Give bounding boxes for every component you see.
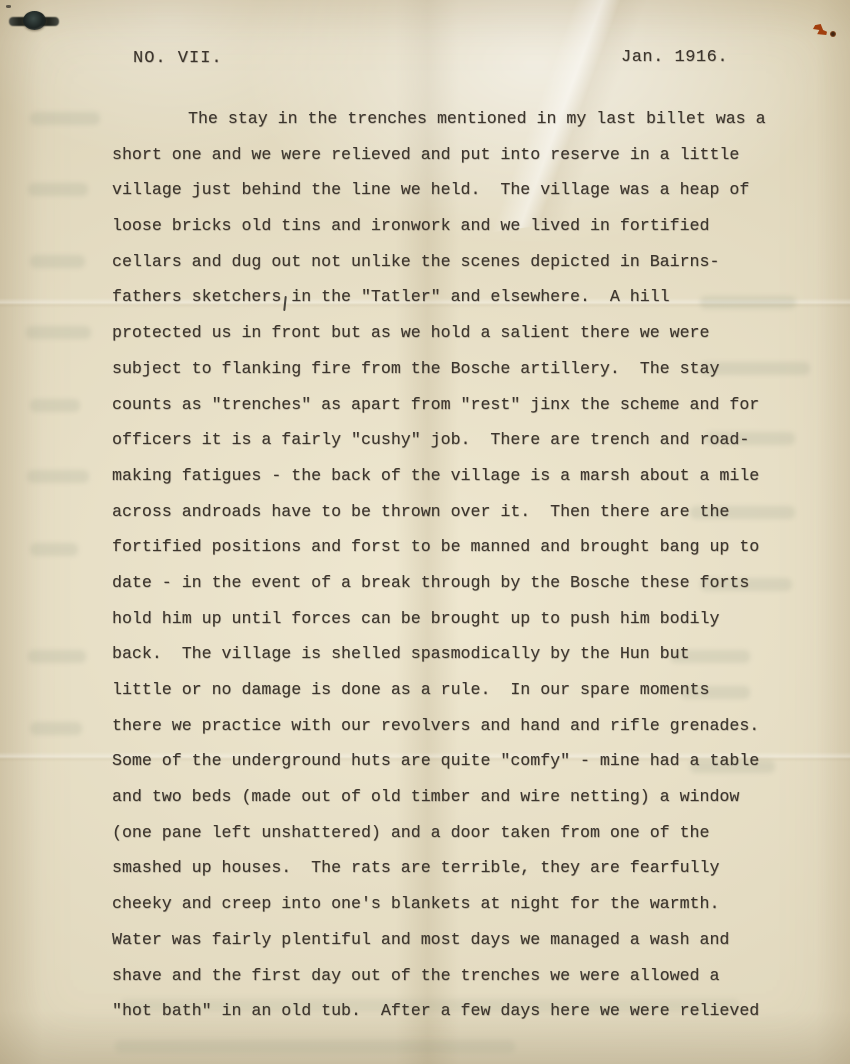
text-line: loose bricks old tins and ironwork and w…	[112, 208, 812, 244]
text-line: there we practice with our revolvers and…	[112, 708, 812, 744]
text-line: Some of the underground huts are quite "…	[112, 743, 812, 779]
fastener-head	[23, 11, 46, 30]
text-line: little or no damage is done as a rule. I…	[112, 672, 812, 708]
scanned-letter-page: { "page": { "header": { "doc_number": "N…	[0, 0, 850, 1064]
rust-dot-mark	[830, 31, 836, 37]
text-line: shave and the first day out of the trenc…	[112, 958, 812, 994]
text-line: "hot bath" in an old tub. After a few da…	[112, 993, 812, 1029]
text-line: cheeky and creep into one's blankets at …	[112, 886, 812, 922]
text-line: making fatigues - the back of the villag…	[112, 458, 812, 494]
text-line: smashed up houses. The rats are terrible…	[112, 850, 812, 886]
text-line: counts as "trenches" as apart from "rest…	[112, 387, 812, 423]
corner-speck-mark	[6, 5, 11, 8]
text-line: date - in the event of a break through b…	[112, 565, 812, 601]
paper-fastener-icon	[9, 10, 59, 32]
text-line: fortified positions and forst to be mann…	[112, 529, 812, 565]
text-line: back. The village is shelled spasmodical…	[112, 636, 812, 672]
text-line: fathers sketchers in the "Tatler" and el…	[112, 279, 812, 315]
document-number: NO. VII.	[133, 49, 223, 68]
text-line: and two beds (made out of old timber and…	[112, 779, 812, 815]
text-line: officers it is a fairly "cushy" job. The…	[112, 422, 812, 458]
text-line: cellars and dug out not unlike the scene…	[112, 244, 812, 280]
text-line: Water was fairly plentiful and most days…	[112, 922, 812, 958]
text-line: village just behind the line we held. Th…	[112, 172, 812, 208]
text-line: The stay in the trenches mentioned in my…	[112, 101, 812, 137]
text-line: across androads have to be thrown over i…	[112, 494, 812, 530]
text-line: short one and we were relieved and put i…	[112, 137, 812, 173]
text-line: protected us in front but as we hold a s…	[112, 315, 812, 351]
text-line: subject to flanking fire from the Bosche…	[112, 351, 812, 387]
document-body: The stay in the trenches mentioned in my…	[112, 101, 812, 1029]
document-date: Jan. 1916.	[621, 48, 728, 67]
text-line: (one pane left unshattered) and a door t…	[112, 815, 812, 851]
text-line: hold him up until forces can be brought …	[112, 601, 812, 637]
